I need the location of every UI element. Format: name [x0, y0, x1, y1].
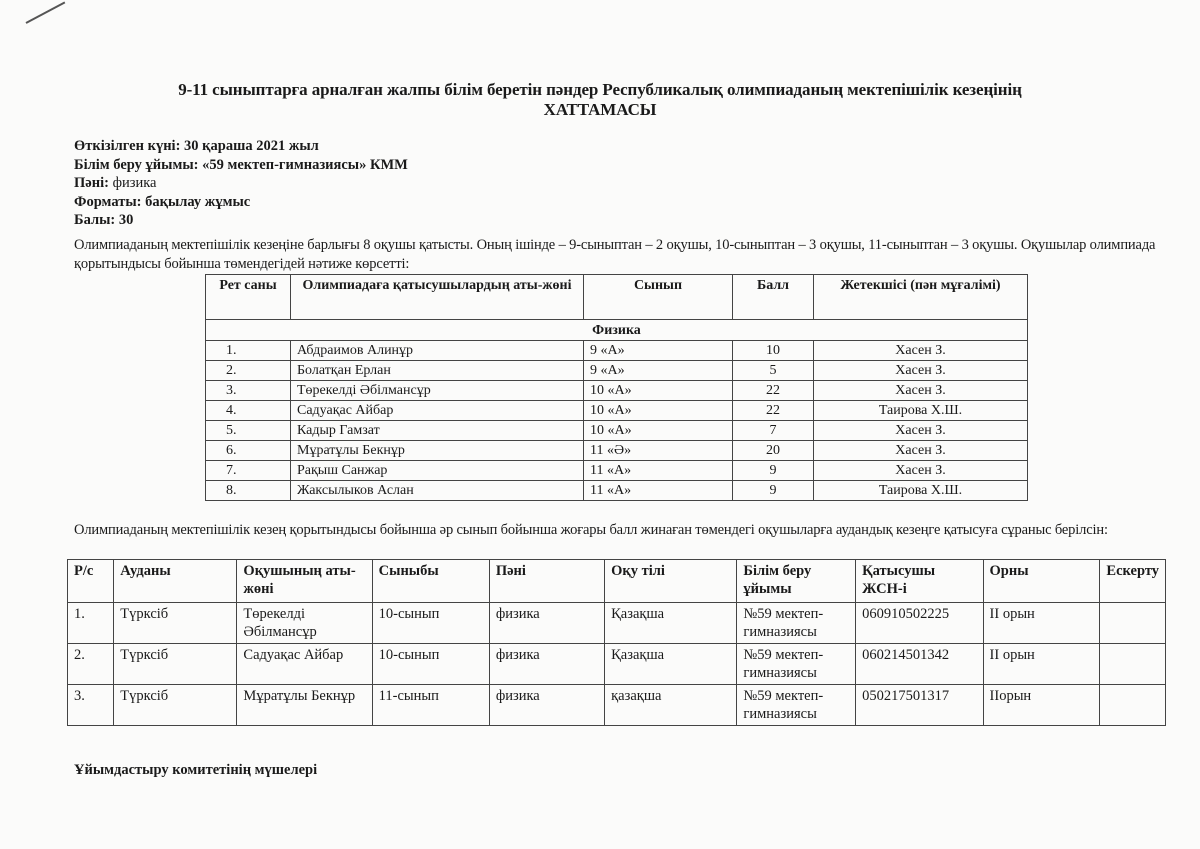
meta-format: Форматы: бақылау жұмыс [74, 193, 408, 212]
col-header-org: Білім беру ұйымы [737, 560, 856, 603]
col-header-name: Олимпиадаға қатысушылардың аты-жөні [291, 275, 584, 320]
second-paragraph: Олимпиаданың мектепішілік кезең қорытынд… [74, 521, 1164, 540]
language: Қазақша [605, 644, 737, 685]
student-name: Жаксылыков Аслан [291, 481, 584, 501]
iin: 050217501317 [856, 685, 983, 726]
organization: №59 мектеп-гимназиясы [737, 603, 856, 644]
col-header-class: Сынып [584, 275, 733, 320]
col-header-number: Рет саны [206, 275, 291, 320]
subject: физика [489, 685, 604, 726]
student-class: 11 «А» [584, 461, 733, 481]
meta-subject: Пәні: физика [74, 174, 408, 193]
district: Түрксіб [114, 685, 237, 726]
teacher-name: Таирова Х.Ш. [814, 481, 1028, 501]
subject-row: Физика [206, 320, 1028, 341]
iin: 060910502225 [856, 603, 983, 644]
student-score: 10 [733, 341, 814, 361]
results-header-row: Рет саны Олимпиадаға қатысушылардың аты-… [206, 275, 1028, 320]
results-table: Рет саны Олимпиадаға қатысушылардың аты-… [205, 274, 1028, 501]
subject-label: Физика [206, 320, 1028, 341]
student-score: 22 [733, 401, 814, 421]
pen-mark [26, 1, 66, 23]
table-row: 2.Болатқан Ерлан9 «А»5Хасен З. [206, 361, 1028, 381]
col-header-place: Орны [983, 560, 1100, 603]
note [1100, 644, 1166, 685]
note [1100, 685, 1166, 726]
title-line-1: 9-11 сыныптарға арналған жалпы білім бер… [40, 80, 1160, 100]
row-number: 8. [206, 481, 291, 501]
nominees-table: Р/сАуданыОқушының аты-жөніСыныбыПәніОқу … [67, 559, 1166, 726]
col-header-subject: Пәні [489, 560, 604, 603]
row-number: 7. [206, 461, 291, 481]
row-number: 1. [68, 603, 114, 644]
place: II орын [983, 603, 1100, 644]
table-row: 7.Рақыш Санжар11 «А»9Хасен З. [206, 461, 1028, 481]
table-row: 1.Абдраимов Алинұр9 «А»10Хасен З. [206, 341, 1028, 361]
intro-paragraph: Олимпиаданың мектепішілік кезеңіне барлы… [74, 236, 1164, 274]
col-header-iin: Қатысушы ЖСН-і [856, 560, 983, 603]
student-name: Садуақас Айбар [291, 401, 584, 421]
col-header-grade: Сыныбы [372, 560, 489, 603]
student-score: 5 [733, 361, 814, 381]
student-class: 9 «А» [584, 361, 733, 381]
place: II орын [983, 644, 1100, 685]
student-score: 9 [733, 461, 814, 481]
student-name: Мұратұлы Бекнұр [291, 441, 584, 461]
col-header-district: Ауданы [114, 560, 237, 603]
col-header-note: Ескерту [1100, 560, 1166, 603]
row-number: 3. [206, 381, 291, 401]
meta-date: Өткізілген күні: 30 қараша 2021 жыл [74, 137, 408, 156]
organization: №59 мектеп-гимназиясы [737, 644, 856, 685]
student-name: Кадыр Гамзат [291, 421, 584, 441]
nominees-header-row: Р/сАуданыОқушының аты-жөніСыныбыПәніОқу … [68, 560, 1166, 603]
student-class: 10 «А» [584, 381, 733, 401]
teacher-name: Хасен З. [814, 461, 1028, 481]
document-title: 9-11 сыныптарға арналған жалпы білім бер… [40, 80, 1160, 120]
row-number: 6. [206, 441, 291, 461]
teacher-name: Хасен З. [814, 361, 1028, 381]
row-number: 4. [206, 401, 291, 421]
subject: физика [489, 603, 604, 644]
iin: 060214501342 [856, 644, 983, 685]
teacher-name: Хасен З. [814, 421, 1028, 441]
row-number: 3. [68, 685, 114, 726]
grade: 10-сынып [372, 603, 489, 644]
grade: 10-сынып [372, 644, 489, 685]
row-number: 5. [206, 421, 291, 441]
row-number: 2. [206, 361, 291, 381]
col-header-score: Балл [733, 275, 814, 320]
student-class: 11 «А» [584, 481, 733, 501]
note [1100, 603, 1166, 644]
teacher-name: Хасен З. [814, 441, 1028, 461]
district: Түрксіб [114, 644, 237, 685]
language: Қазақша [605, 603, 737, 644]
meta-org: Білім беру ұйымы: «59 мектеп-гимназиясы»… [74, 156, 408, 175]
student-name: Абдраимов Алинұр [291, 341, 584, 361]
student-class: 10 «А» [584, 421, 733, 441]
student-score: 20 [733, 441, 814, 461]
teacher-name: Хасен З. [814, 341, 1028, 361]
student-name: Мұратұлы Бекнұр [237, 685, 372, 726]
meta-score: Балы: 30 [74, 211, 408, 230]
student-name: Рақыш Санжар [291, 461, 584, 481]
student-name: Төрекелді Әбілмансұр [237, 603, 372, 644]
table-row: 6.Мұратұлы Бекнұр11 «Ә»20Хасен З. [206, 441, 1028, 461]
table-row: 5.Кадыр Гамзат10 «А»7Хасен З. [206, 421, 1028, 441]
student-class: 10 «А» [584, 401, 733, 421]
student-name: Садуақас Айбар [237, 644, 372, 685]
meta-block: Өткізілген күні: 30 қараша 2021 жыл Білі… [74, 137, 408, 230]
col-header-language: Оқу тілі [605, 560, 737, 603]
col-header-number: Р/с [68, 560, 114, 603]
place: IIорын [983, 685, 1100, 726]
language: қазақша [605, 685, 737, 726]
table-row: 8.Жаксылыков Аслан11 «А»9Таирова Х.Ш. [206, 481, 1028, 501]
grade: 11-сынып [372, 685, 489, 726]
col-header-teacher: Жетекшісі (пән мұғалімі) [814, 275, 1028, 320]
student-name: Болатқан Ерлан [291, 361, 584, 381]
table-row: 2.ТүрксібСадуақас Айбар10-сыныпфизикаҚаз… [68, 644, 1166, 685]
row-number: 2. [68, 644, 114, 685]
student-name: Төрекелді Әбілмансұр [291, 381, 584, 401]
subject: физика [489, 644, 604, 685]
col-header-name: Оқушының аты-жөні [237, 560, 372, 603]
district: Түрксіб [114, 603, 237, 644]
title-line-2: ХАТТАМАСЫ [40, 100, 1160, 120]
committee-members-heading: Ұйымдастыру комитетінің мүшелері [74, 762, 317, 779]
table-row: 4.Садуақас Айбар10 «А»22Таирова Х.Ш. [206, 401, 1028, 421]
teacher-name: Таирова Х.Ш. [814, 401, 1028, 421]
student-score: 9 [733, 481, 814, 501]
table-row: 3.Төрекелді Әбілмансұр10 «А»22Хасен З. [206, 381, 1028, 401]
organization: №59 мектеп-гимназиясы [737, 685, 856, 726]
table-row: 3.ТүрксібМұратұлы Бекнұр11-сыныпфизикақа… [68, 685, 1166, 726]
table-row: 1.ТүрксібТөрекелді Әбілмансұр10-сыныпфиз… [68, 603, 1166, 644]
student-class: 11 «Ә» [584, 441, 733, 461]
student-class: 9 «А» [584, 341, 733, 361]
student-score: 22 [733, 381, 814, 401]
teacher-name: Хасен З. [814, 381, 1028, 401]
row-number: 1. [206, 341, 291, 361]
student-score: 7 [733, 421, 814, 441]
